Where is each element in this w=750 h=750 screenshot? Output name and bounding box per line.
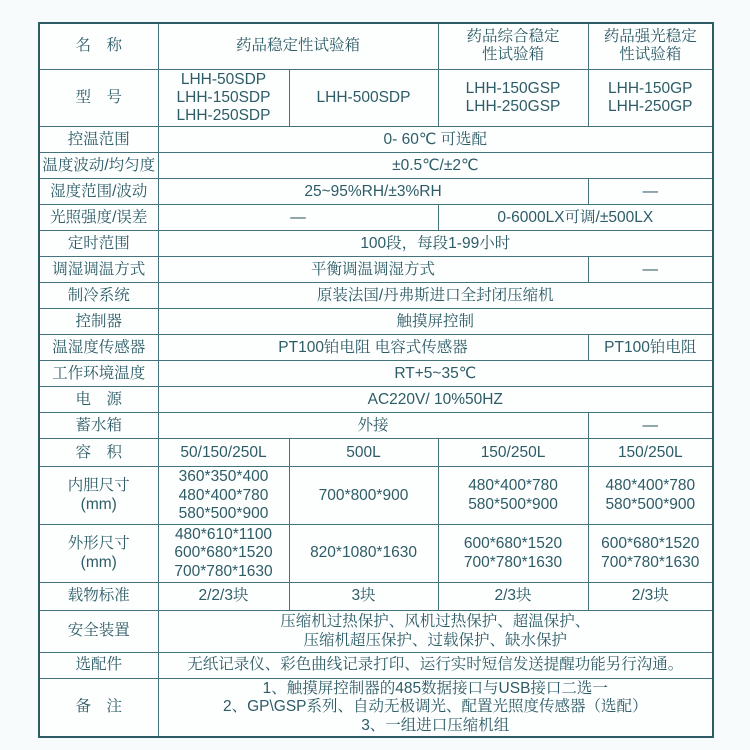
- cooling-system-value: 原装法国/丹弗斯进口全封闭压缩机: [158, 283, 713, 309]
- row-timer-range: 定时范围 100段，每段1-99小时: [39, 231, 713, 257]
- power-value: AC220V/ 10%50HZ: [158, 387, 713, 413]
- shelf-standard-sdp-large: 3块: [289, 583, 438, 611]
- outer-size-gp: 600*680*1520 700*780*1630: [588, 525, 713, 583]
- outer-size-sdp-small: 480*610*1100 600*680*1520 700*780*1630: [158, 525, 289, 583]
- volume-gp: 150/250L: [588, 439, 713, 467]
- temp-fluctuation-value: ±0.5℃/±2℃: [158, 153, 713, 179]
- row-controller: 控制器 触摸屏控制: [39, 309, 713, 335]
- humidity-temp-mode-value: 平衡调温调湿方式: [158, 257, 588, 283]
- row-ambient-temp: 工作环境温度 RT+5~35℃: [39, 361, 713, 387]
- model-label: 型 号: [39, 69, 158, 127]
- row-inner-size: 内胆尺寸 (mm) 360*350*400 480*400*780 580*50…: [39, 467, 713, 525]
- row-safety: 安全装置 压缩机过热保护、风机过热保护、超温保护、 压缩机超压保护、过载保护、缺…: [39, 611, 713, 653]
- name-gsp-group: 药品综合稳定 性试验箱: [438, 23, 588, 69]
- row-shelf-standard: 载物标准 2/2/3块 3块 2/3块 2/3块: [39, 583, 713, 611]
- row-light-intensity: 光照强度/误差 — 0-6000LX可调/±500LX: [39, 205, 713, 231]
- model-sdp-small: LHH-50SDP LHH-150SDP LHH-250SDP: [158, 69, 289, 127]
- outer-size-gsp: 600*680*1520 700*780*1630: [438, 525, 588, 583]
- water-tank-gp-dash: —: [588, 413, 713, 439]
- volume-gsp: 150/250L: [438, 439, 588, 467]
- row-water-tank: 蓄水箱 外接 —: [39, 413, 713, 439]
- volume-sdp-large: 500L: [289, 439, 438, 467]
- temp-fluctuation-label: 温度波动/均匀度: [39, 153, 158, 179]
- temp-range-label: 控温范围: [39, 127, 158, 153]
- shelf-standard-gp: 2/3块: [588, 583, 713, 611]
- row-remarks: 备 注 1、触摸屏控制器的485数据接口与USB接口二选一 2、GP\GSP系列…: [39, 679, 713, 737]
- light-intensity-sdp-dash: —: [158, 205, 438, 231]
- inner-size-gsp: 480*400*780 580*500*900: [438, 467, 588, 525]
- optional-parts-value: 无纸记录仪、彩色曲线记录打印、运行实时短信发送提醒功能另行沟通。: [158, 653, 713, 679]
- name-sdp-group: 药品稳定性试验箱: [158, 23, 438, 69]
- safety-label: 安全装置: [39, 611, 158, 653]
- row-name: 名 称 药品稳定性试验箱 药品综合稳定 性试验箱 药品强光稳定 性试验箱: [39, 23, 713, 69]
- spec-table: 名 称 药品稳定性试验箱 药品综合稳定 性试验箱 药品强光稳定 性试验箱 型 号…: [38, 22, 714, 738]
- name-gp-group: 药品强光稳定 性试验箱: [588, 23, 713, 69]
- row-humidity-range: 湿度范围/波动 25~95%RH/±3%RH —: [39, 179, 713, 205]
- inner-size-sdp-small: 360*350*400 480*400*780 580*500*900: [158, 467, 289, 525]
- timer-range-label: 定时范围: [39, 231, 158, 257]
- temp-range-value: 0- 60℃ 可选配: [158, 127, 713, 153]
- power-label: 电 源: [39, 387, 158, 413]
- sensor-label: 温湿度传感器: [39, 335, 158, 361]
- row-sensor: 温湿度传感器 PT100铂电阻 电容式传感器 PT100铂电阻: [39, 335, 713, 361]
- outer-size-label: 外形尺寸 (mm): [39, 525, 158, 583]
- inner-size-sdp-large: 700*800*900: [289, 467, 438, 525]
- sensor-gp-value: PT100铂电阻: [588, 335, 713, 361]
- volume-sdp-small: 50/150/250L: [158, 439, 289, 467]
- row-optional-parts: 选配件 无纸记录仪、彩色曲线记录打印、运行实时短信发送提醒功能另行沟通。: [39, 653, 713, 679]
- row-cooling-system: 制冷系统 原装法国/丹弗斯进口全封闭压缩机: [39, 283, 713, 309]
- remarks-label: 备 注: [39, 679, 158, 737]
- safety-value: 压缩机过热保护、风机过热保护、超温保护、 压缩机超压保护、过载保护、缺水保护: [158, 611, 713, 653]
- humidity-temp-mode-gp-dash: —: [588, 257, 713, 283]
- timer-range-value: 100段，每段1-99小时: [158, 231, 713, 257]
- humidity-range-label: 湿度范围/波动: [39, 179, 158, 205]
- model-sdp-large: LHH-500SDP: [289, 69, 438, 127]
- light-intensity-value: 0-6000LX可调/±500LX: [438, 205, 713, 231]
- ambient-temp-label: 工作环境温度: [39, 361, 158, 387]
- model-gp: LHH-150GP LHH-250GP: [588, 69, 713, 127]
- row-temp-fluctuation: 温度波动/均匀度 ±0.5℃/±2℃: [39, 153, 713, 179]
- optional-parts-label: 选配件: [39, 653, 158, 679]
- model-gsp: LHH-150GSP LHH-250GSP: [438, 69, 588, 127]
- sensor-value: PT100铂电阻 电容式传感器: [158, 335, 588, 361]
- outer-size-sdp-large: 820*1080*1630: [289, 525, 438, 583]
- controller-label: 控制器: [39, 309, 158, 335]
- row-volume: 容 积 50/150/250L 500L 150/250L 150/250L: [39, 439, 713, 467]
- spec-sheet: 名 称 药品稳定性试验箱 药品综合稳定 性试验箱 药品强光稳定 性试验箱 型 号…: [38, 22, 714, 738]
- ambient-temp-value: RT+5~35℃: [158, 361, 713, 387]
- remarks-value: 1、触摸屏控制器的485数据接口与USB接口二选一 2、GP\GSP系列、自动无…: [158, 679, 713, 737]
- row-power: 电 源 AC220V/ 10%50HZ: [39, 387, 713, 413]
- name-label: 名 称: [39, 23, 158, 69]
- volume-label: 容 积: [39, 439, 158, 467]
- cooling-system-label: 制冷系统: [39, 283, 158, 309]
- water-tank-value: 外接: [158, 413, 588, 439]
- light-intensity-label: 光照强度/误差: [39, 205, 158, 231]
- inner-size-label: 内胆尺寸 (mm): [39, 467, 158, 525]
- inner-size-gp: 480*400*780 580*500*900: [588, 467, 713, 525]
- row-model: 型 号 LHH-50SDP LHH-150SDP LHH-250SDP LHH-…: [39, 69, 713, 127]
- row-humidity-temp-mode: 调湿调温方式 平衡调温调湿方式 —: [39, 257, 713, 283]
- shelf-standard-gsp: 2/3块: [438, 583, 588, 611]
- humidity-temp-mode-label: 调湿调温方式: [39, 257, 158, 283]
- shelf-standard-sdp-small: 2/2/3块: [158, 583, 289, 611]
- water-tank-label: 蓄水箱: [39, 413, 158, 439]
- row-outer-size: 外形尺寸 (mm) 480*610*1100 600*680*1520 700*…: [39, 525, 713, 583]
- humidity-range-value: 25~95%RH/±3%RH: [158, 179, 588, 205]
- humidity-range-gp-dash: —: [588, 179, 713, 205]
- shelf-standard-label: 载物标准: [39, 583, 158, 611]
- controller-value: 触摸屏控制: [158, 309, 713, 335]
- row-temp-range: 控温范围 0- 60℃ 可选配: [39, 127, 713, 153]
